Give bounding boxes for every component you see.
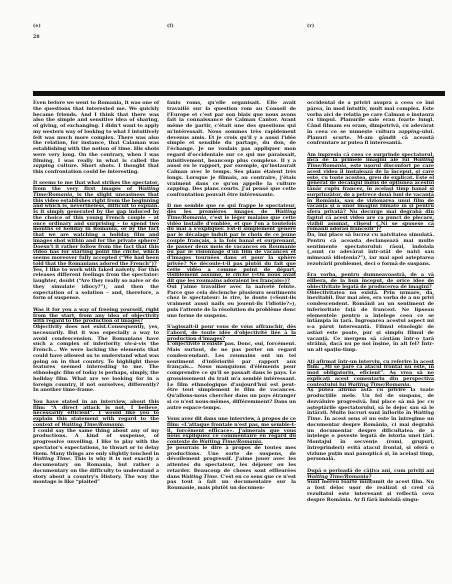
english-paragraph-question: Was it for you a way of freeing yourself…: [33, 308, 159, 325]
page-number: 28: [33, 35, 40, 40]
film-title-italic: Waiting Time: [33, 456, 70, 462]
column-language-mark-romanian: (r): [307, 24, 314, 29]
film-title-italic: Waiting Time/Romania: [61, 422, 123, 428]
film-title-italic: cliché: [123, 249, 139, 255]
english-paragraph-answer: Yes, I like to work with faked naivety. …: [33, 268, 159, 303]
romanian-paragraph-answer: Sunt mereu foarte mulțumit de acest film…: [307, 480, 434, 503]
film-title-italic: cliché: [233, 272, 249, 278]
romanian-paragraph-answer: Aș putea afirma asta cu privire la toate…: [307, 388, 434, 463]
text-column-english: Even before we went to Romania, it was o…: [33, 101, 159, 486]
film-title-italic: Waiting Time/Romania: [33, 186, 159, 198]
film-title-italic: zapping: [33, 163, 54, 169]
french-paragraph-answer: L'objectivité n'existe pas. Donc, oui, f…: [167, 342, 296, 411]
scanned-book-page: (e) 28 (f) (r) Even before we went to Ro…: [0, 0, 452, 584]
french-paragraph-answer: Oui j'aime travailler avec la naïveté fe…: [167, 285, 296, 320]
section-divider-rule: [33, 91, 445, 96]
film-title-italic: Waiting Time/Romania: [167, 209, 296, 221]
french-paragraph-question: Vous avez dit dans une interview, à prop…: [167, 417, 296, 446]
column-language-mark-english: (e): [33, 24, 41, 29]
english-paragraph-answer: I could say the same thing about any of …: [33, 429, 159, 487]
film-title-italic: vis-à-vis: [124, 341, 146, 347]
english-paragraph-answer: Even before we went to Romania, it was o…: [33, 101, 159, 176]
french-paragraph-answer: fants roms, qu'elle organisait. Elle ava…: [167, 101, 296, 199]
romanian-paragraph-question: Am impresia că ceea ce surprinde spectat…: [307, 153, 434, 234]
text-column-french: fants roms, qu'elle organisait. Elle ava…: [167, 101, 296, 492]
english-paragraph-question: You have stated in an interview, about t…: [33, 400, 159, 429]
column-language-mark-french: (f): [167, 24, 174, 29]
romanian-paragraph-question: Era vorba, pentru dumneavoastră, de a vă…: [307, 273, 434, 290]
french-paragraph-question: Il me semble que ce qui frappe le specta…: [167, 204, 296, 285]
romanian-paragraph-answer: Obiectivitatea nu există. Prin urmare, d…: [307, 291, 434, 354]
romanian-paragraph-answer: occidental de a priviri asupra a ceea ce…: [307, 101, 434, 147]
french-paragraph-answer: Je pourrais le dire à propos de toutes m…: [167, 446, 296, 492]
film-title-italic: Waiting Time/Romania: [307, 157, 434, 169]
romanian-paragraph-answer: Da, îmi place să lucrez cu naivitatea si…: [307, 233, 434, 268]
film-title-italic: Waiting Time: [307, 410, 434, 422]
romanian-paragraph-question: Ați afirmat într-un interviu, cu referir…: [307, 360, 434, 389]
text-column-romanian: occidental de a priviri asupra a ceea ce…: [307, 101, 434, 503]
film-title-italic: Waiting Time: [181, 474, 217, 480]
film-title-italic: zapping: [398, 129, 419, 135]
english-paragraph-question: It seems to me that what strikes the spe…: [33, 181, 159, 267]
english-paragraph-answer: Objectivity does not exist.Consequently,…: [33, 325, 159, 394]
french-paragraph-question: S'agissait-il pour vous de vous affranch…: [167, 325, 296, 342]
film-title-italic: zapping: [167, 186, 188, 192]
